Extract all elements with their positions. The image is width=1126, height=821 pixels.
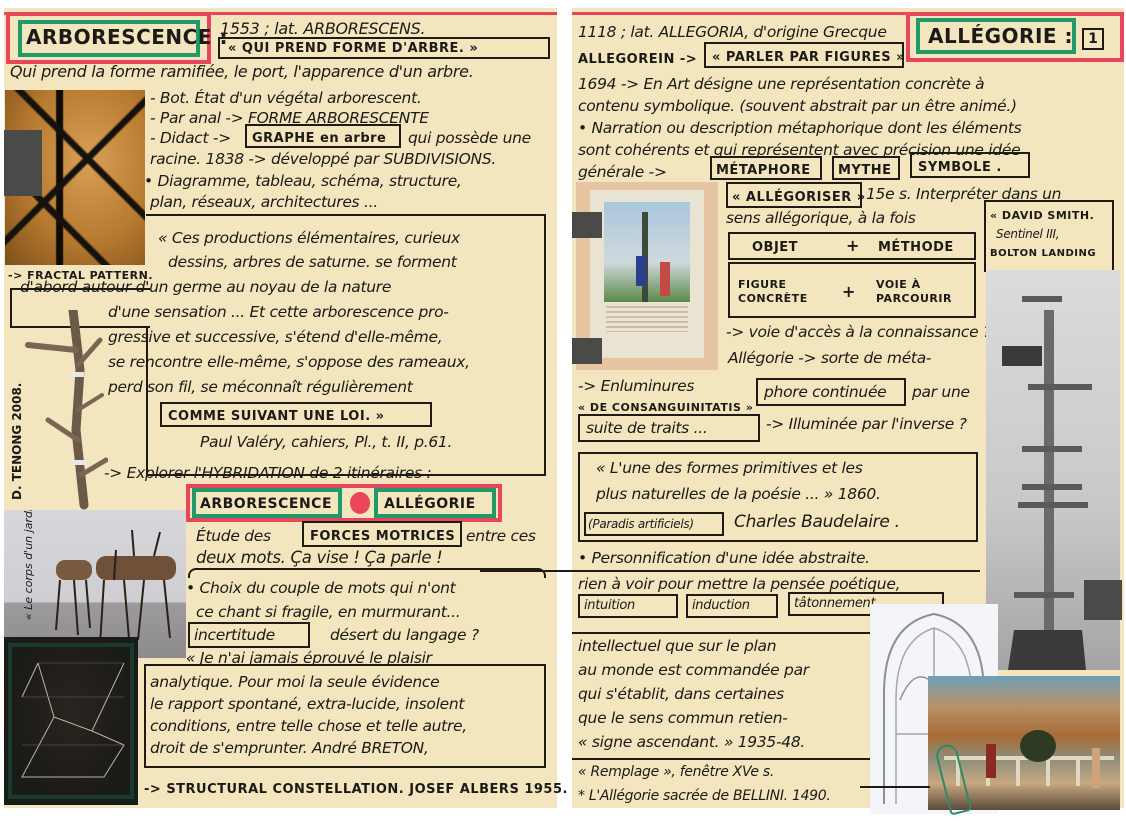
smith-caption-3: BOLTON LANDING bbox=[990, 244, 1096, 265]
intuition-term: intuition bbox=[584, 596, 635, 617]
window-caption: « Remplage », fenêtre XVe s. bbox=[578, 762, 774, 783]
diagram-figure: FIGURE CONCRÈTE bbox=[738, 278, 808, 306]
leaf-caption: -> FRACTAL PATTERN. bbox=[8, 266, 153, 287]
def-line-didact: - Didact -> bbox=[150, 128, 231, 149]
def-line-bot: - Bot. État d'un végétal arborescent. bbox=[150, 88, 421, 109]
baudelaire-source: (Paradis artificiels) bbox=[588, 514, 694, 535]
forces-term: FORCES MOTRICES bbox=[310, 527, 455, 548]
cross-page-link-line bbox=[480, 570, 980, 572]
breton-line-2: analytique. Pour moi la seule évidence bbox=[150, 672, 439, 693]
albers-caption: -> STRUCTURAL CONSTELLATION. JOSEF ALBER… bbox=[144, 780, 568, 801]
tatonnement-term: tâtonnement bbox=[794, 594, 875, 615]
albers-constellation-image bbox=[4, 637, 138, 805]
tape-strip bbox=[572, 338, 602, 364]
valery-line-2: dessins, arbres de saturne. se forment bbox=[168, 252, 457, 273]
valery-quote-frame-branch bbox=[102, 326, 148, 476]
forces-line-3: deux mots. Ça vise ! Ça parle ! bbox=[196, 548, 442, 569]
valery-line-1: « Ces productions élémentaires, curieux bbox=[158, 228, 460, 249]
choice-line-2: ce chant si fragile, en murmurant... bbox=[196, 602, 460, 623]
alle-line-narration: • Narration ou description métaphorique … bbox=[578, 118, 1021, 139]
def-line-plan: plan, réseaux, architectures ... bbox=[150, 192, 378, 213]
bellini-caption: * L'Allégorie sacrée de BELLINI. 1490. bbox=[578, 786, 831, 807]
tape-strip bbox=[1084, 580, 1122, 620]
mythe-term: MYTHE bbox=[838, 161, 891, 182]
illumination-caption-1: -> Enluminures bbox=[578, 376, 694, 397]
pair-left-term: ARBORESCENCE bbox=[200, 494, 332, 515]
breton-line-1: « Je n'ai jamais éprouvé le plaisir bbox=[186, 648, 432, 669]
incertitude-term: incertitude bbox=[194, 625, 275, 646]
def-line-diagramme: • Diagramme, tableau, schéma, structure, bbox=[144, 171, 462, 192]
pair-right-term: ALLÉGORIE bbox=[384, 494, 476, 515]
tape-strip bbox=[4, 130, 42, 196]
intellect-line-4: que le sens commun retien- bbox=[578, 708, 788, 729]
valery-line-5: gressive et successive, s'étend d'elle-m… bbox=[108, 327, 442, 348]
loi-text: COMME SUIVANT UNE LOI. » bbox=[168, 407, 385, 428]
metaphore-term: MÉTAPHORE bbox=[716, 161, 811, 182]
diagram-plus-bottom: + bbox=[842, 282, 856, 303]
diagram-methode: MÉTHODE bbox=[878, 238, 954, 259]
etymology-quote: « QUI PREND FORME D'ARBRE. » bbox=[228, 39, 478, 60]
branch-caption: D. TENONG 2008. bbox=[10, 383, 24, 500]
meta-line: Allégorie -> sorte de méta- bbox=[728, 348, 931, 369]
diagram-plus-top: + bbox=[846, 236, 860, 257]
alle-line-generale: générale -> bbox=[578, 162, 667, 183]
smith-caption-2: Sentinel III, bbox=[996, 224, 1059, 245]
illumine-line: -> Illuminée par l'inverse ? bbox=[766, 414, 967, 435]
def-line-possede: qui possède une bbox=[408, 128, 531, 149]
intellect-line-3: qui s'établit, dans certaines bbox=[578, 684, 784, 705]
intellect-line-1: intellectuel que sur le plan bbox=[578, 636, 776, 657]
wooden-sculpture-photo: « Le corps d'un jardin » bbox=[4, 510, 186, 658]
valery-line-6: se rencontre elle-même, s'oppose des ram… bbox=[108, 352, 470, 373]
parler-figures: « PARLER PAR FIGURES » bbox=[712, 48, 905, 69]
par-une: par une bbox=[912, 382, 970, 403]
breton-line-5: droit de s'emprunter. André BRETON, bbox=[150, 738, 429, 759]
forces-line-1: Étude des bbox=[196, 526, 271, 547]
valery-line-4: d'une sensation ... Et cette arborescenc… bbox=[108, 302, 449, 323]
choice-line-1: • Choix du couple de mots qui n'ont bbox=[186, 578, 455, 599]
diagram-objet: OBJET bbox=[752, 238, 798, 259]
definition: Qui prend la forme ramifiée, le port, l'… bbox=[10, 62, 474, 83]
diagram-voie: VOIE À PARCOURIR bbox=[876, 278, 966, 306]
intellect-line-5: « signe ascendant. » 1935-48. bbox=[578, 732, 805, 753]
twig-specimen bbox=[18, 310, 108, 510]
allegoriser-line-2: sens allégorique, à la fois bbox=[726, 208, 916, 229]
alle-line-1694: 1694 -> En Art désigne une représentatio… bbox=[578, 74, 984, 95]
sculpture-caption: « Le corps d'un jardin » bbox=[22, 510, 35, 620]
intellect-line-2: au monde est commandée par bbox=[578, 660, 809, 681]
breton-line-3: le rapport spontané, extra-lucide, insol… bbox=[150, 694, 464, 715]
graphe-term: GRAPHE en arbre bbox=[252, 129, 386, 150]
induction-term: induction bbox=[692, 596, 750, 617]
etymology-line-right: 1118 ; lat. ALLEGORIA, d'origine Grecque bbox=[578, 22, 887, 43]
hybrid-line: -> Explorer l'HYBRIDATION de 2 itinérair… bbox=[104, 463, 431, 484]
bellini-pointer-line bbox=[860, 786, 930, 788]
breton-line-4: conditions, entre telle chose et telle a… bbox=[150, 716, 467, 737]
valery-line-7: perd son fil, se méconnaît régulièrement bbox=[108, 377, 413, 398]
page-number: 1 bbox=[1082, 28, 1104, 50]
alle-line-contenu: contenu symbolique. (souvent abstrait pa… bbox=[578, 96, 1017, 117]
baudelaire-line-2: plus naturelles de la poésie ... » 1860. bbox=[596, 484, 881, 505]
symbole-term: SYMBOLE . bbox=[918, 158, 1002, 179]
metaphore-continuee: phore continuée bbox=[764, 382, 886, 403]
baudelaire-author: Charles Baudelaire . bbox=[734, 512, 900, 533]
tape-strip bbox=[572, 212, 602, 238]
page-title-allegorie: ALLÉGORIE : bbox=[928, 24, 1073, 48]
knowledge-line: -> voie d'accès à la connaissance ? bbox=[726, 322, 991, 343]
allegoriser-term: « ALLÉGORISER » bbox=[732, 188, 866, 209]
personification-line: • Personnification d'une idée abstraite. bbox=[578, 548, 870, 569]
etymology-root: ALLEGOREIN -> bbox=[578, 50, 697, 71]
def-line-racine: racine. 1838 -> développé par SUBDIVISIO… bbox=[150, 149, 496, 170]
baudelaire-line-1: « L'une des formes primitives et les bbox=[596, 458, 863, 479]
valery-citation: Paul Valéry, cahiers, Pl., t. II, p.61. bbox=[200, 432, 452, 453]
page-title-arborescence: ARBORESCENCE : bbox=[26, 25, 228, 49]
suite-traits: suite de traits ... bbox=[586, 418, 707, 439]
forces-line-2: entre ces bbox=[466, 526, 536, 547]
choice-line-3: désert du langage ? bbox=[330, 625, 479, 646]
pair-connector-dot bbox=[350, 492, 370, 514]
